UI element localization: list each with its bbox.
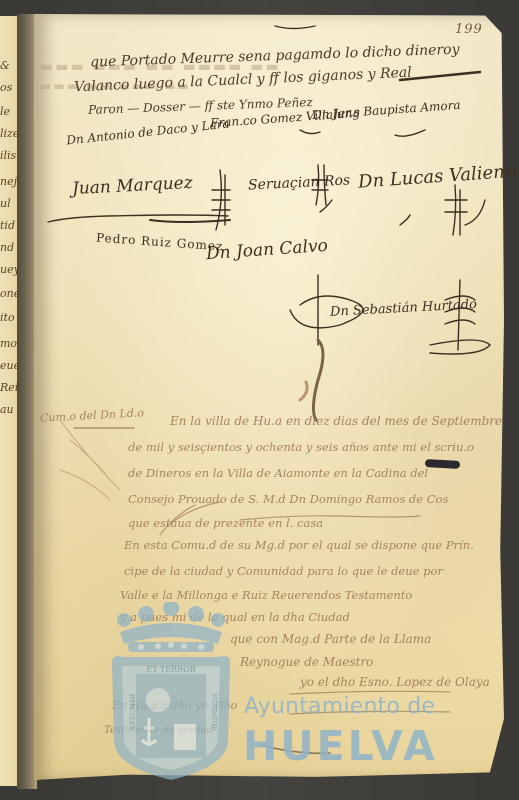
body-text-line: que estaua de prezente en l. casa xyxy=(128,518,323,530)
folio-number: 199 xyxy=(455,22,483,37)
watermark-line-1: Ayuntamiento de xyxy=(244,694,435,719)
body-text-line: Valle e la Millonga e Ruiz Reuerendos Te… xyxy=(120,590,412,602)
body-text-line: Reynogue de Maestro xyxy=(240,656,373,668)
body-text-line: de Dineros en la Villa de Aiamonte en la… xyxy=(128,468,428,480)
body-text-line: En esta Comu.d de su Mg.d por el qual se… xyxy=(124,540,474,552)
left-page-fragment: nej xyxy=(0,176,17,187)
body-text-line: cipe de la ciudad y Comunidad para lo qu… xyxy=(124,566,443,578)
crest-side-right: FUNDATOR xyxy=(210,694,217,731)
left-page-fragment: au xyxy=(0,404,14,415)
left-page-fragment: mol xyxy=(0,338,17,349)
left-page-fragment: & xyxy=(0,60,10,71)
watermark-line-2: HUELVA xyxy=(243,722,438,770)
left-page-fragment: eue xyxy=(0,360,17,371)
left-page-fragment: uey xyxy=(0,264,17,275)
left-page-fragment: ul xyxy=(0,198,11,209)
facing-page-edge: & os le lize ilis nej ul tid nd uey onej… xyxy=(0,16,17,786)
left-page-fragment: ito xyxy=(0,312,15,323)
left-page-fragment: os xyxy=(0,82,12,93)
left-page-fragment: onej xyxy=(0,288,17,299)
left-page-fragment: le xyxy=(0,106,10,117)
left-page-fragment: ilis xyxy=(0,150,16,161)
left-page-fragment: nd xyxy=(0,242,14,253)
huelva-crest-watermark-icon: ET TERROR HERCULES FUNDATOR xyxy=(106,602,236,782)
body-text-line: yo el dho Esno. Lopez de Olaya xyxy=(300,676,490,688)
left-page-fragment: Rei xyxy=(0,382,17,393)
body-text-line: de mil y seisçientos y ochenta y seis añ… xyxy=(128,442,474,454)
body-text-line: que con Mag.d Parte de la Llama xyxy=(230,633,431,645)
left-page-fragment: lize xyxy=(0,128,17,139)
body-text-line: Consejo Prouado de S. M.d Dn Domingo Ram… xyxy=(128,494,448,506)
crest-motto: ET TERROR xyxy=(146,665,197,674)
crest-side-left: HERCULES xyxy=(128,694,135,730)
body-text-line: En la villa de Hu.a en diez dias del mes… xyxy=(170,415,502,427)
left-page-fragment: tid xyxy=(0,220,15,231)
